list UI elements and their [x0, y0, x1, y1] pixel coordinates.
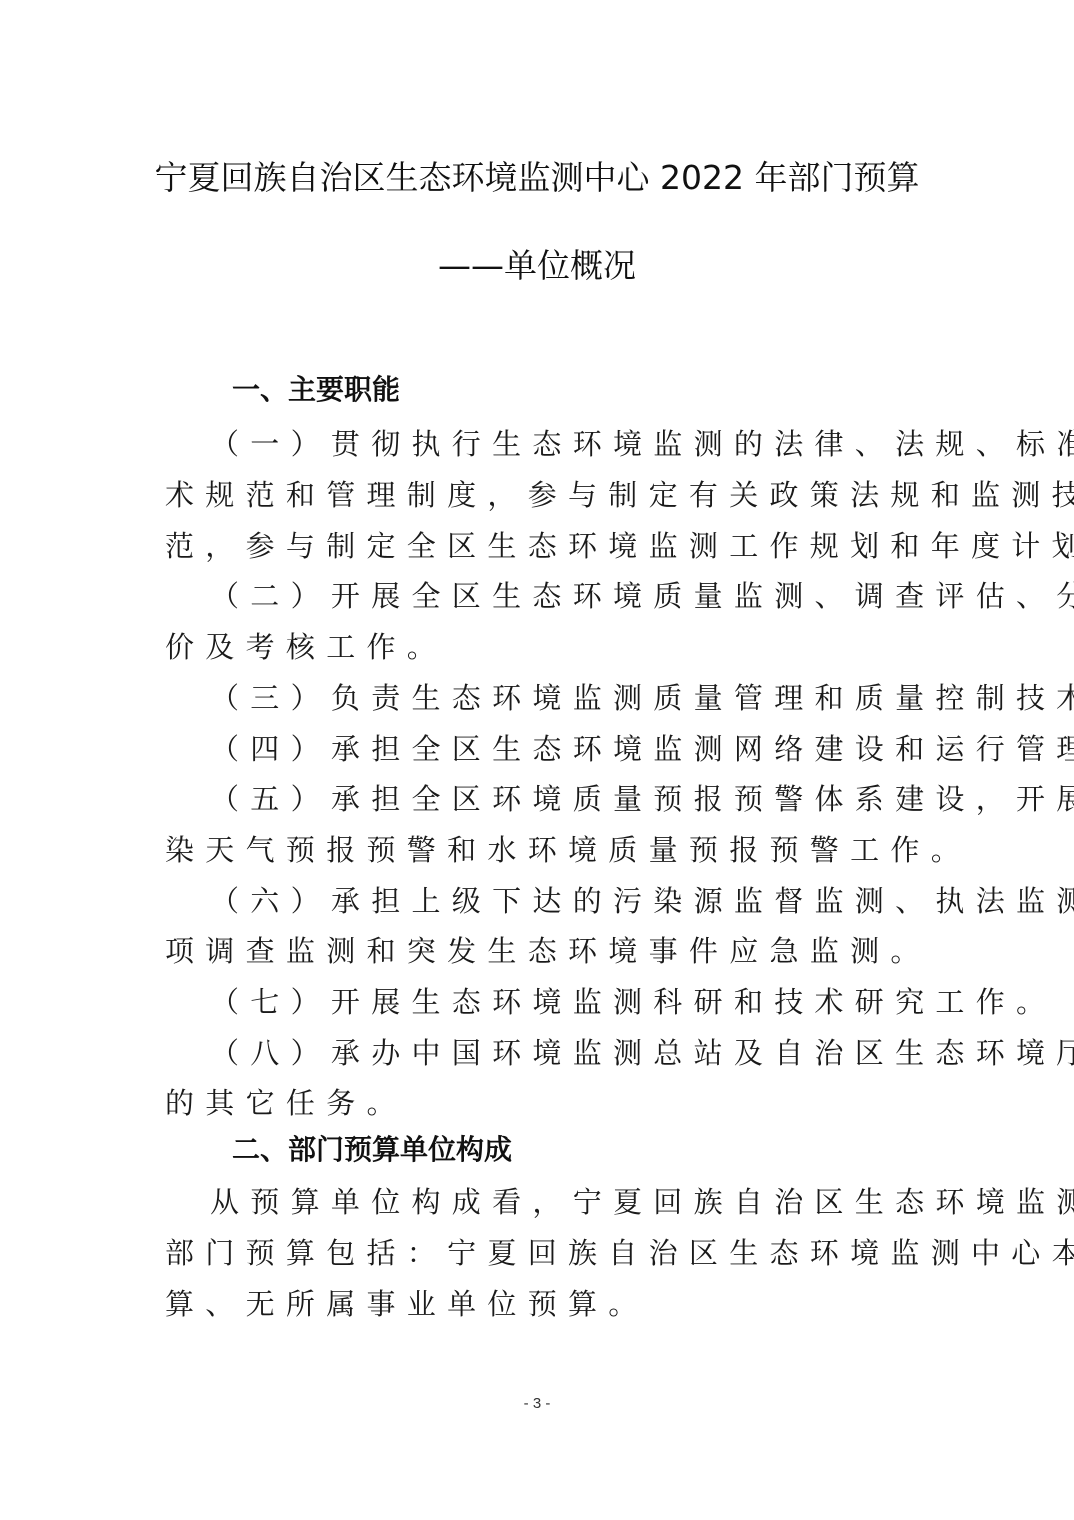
paragraph-line: 的其它任务。: [165, 1081, 407, 1122]
section-heading-budget-units: 二、部门预算单位构成: [232, 1128, 512, 1168]
paragraph-line: 算、无所属事业单位预算。: [165, 1282, 649, 1323]
page-number: - 3 -: [0, 1395, 1074, 1412]
paragraph-line: （二）开展全区生态环境质量监测、调查评估、分析评: [210, 574, 1074, 615]
paragraph-line: 范，参与制定全区生态环境监测工作规划和年度计划。: [165, 524, 1074, 565]
paragraph-line: （一）贯彻执行生态环境监测的法律、法规、标准、技: [210, 422, 1074, 463]
section-heading-main-functions: 一、主要职能: [232, 368, 400, 408]
paragraph-line: （三）负责生态环境监测质量管理和质量控制技术工作。: [210, 676, 1074, 717]
paragraph-line: （五）承担全区环境质量预报预警体系建设，开展重污: [210, 777, 1074, 818]
paragraph-line: 项调查监测和突发生态环境事件应急监测。: [165, 929, 931, 970]
paragraph-line: 价及考核工作。: [165, 625, 447, 666]
paragraph-line: （七）开展生态环境监测科研和技术研究工作。: [210, 980, 1056, 1021]
paragraph-line: 染天气预报预警和水环境质量预报预警工作。: [165, 828, 971, 869]
document-subtitle: ——单位概况: [0, 240, 1074, 287]
paragraph-line: 术规范和管理制度，参与制定有关政策法规和监测技术规: [165, 473, 1074, 514]
paragraph-line: （八）承办中国环境监测总站及自治区生态环境厅交办: [210, 1031, 1074, 1072]
paragraph-line: （六）承担上级下达的污染源监督监测、执法监测、专: [210, 879, 1074, 920]
paragraph-line: 从预算单位构成看，宁夏回族自治区生态环境监测中心: [210, 1180, 1074, 1221]
document-page: 宁夏回族自治区生态环境监测中心 2022 年部门预算 ——单位概况 一、主要职能…: [0, 0, 1074, 1520]
paragraph-line: （四）承担全区生态环境监测网络建设和运行管理工作。: [210, 727, 1074, 768]
paragraph-line: 部门预算包括：宁夏回族自治区生态环境监测中心本级预: [165, 1231, 1074, 1272]
document-title: 宁夏回族自治区生态环境监测中心 2022 年部门预算: [0, 152, 1074, 199]
